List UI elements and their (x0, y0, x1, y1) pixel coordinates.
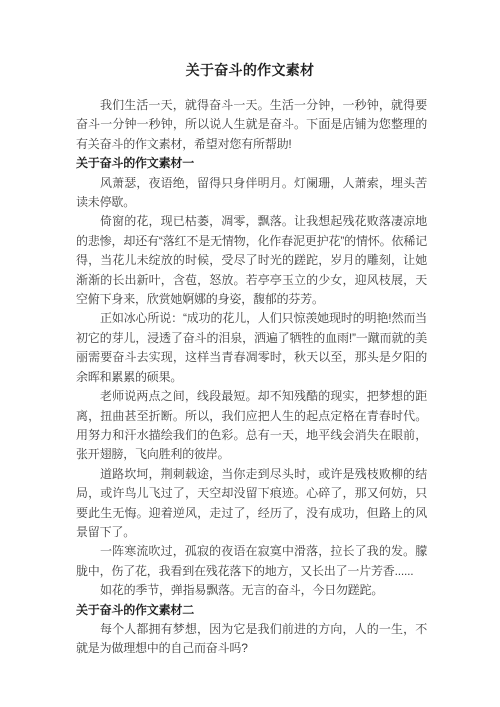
paragraph: 如花的季节，弹指易飘落。无言的奋斗，今日勿蹉跎。 (76, 581, 427, 600)
paragraph: 正如冰心所说：“成功的花儿，人们只惊羡她现时的明艳!然而当初它的芽儿，浸透了奋斗… (76, 309, 427, 387)
paragraph: 倚窗的花，现已枯萎，凋零，飘落。让我想起残花败落凄凉地的悲惨，却还有“落红不是无… (76, 212, 427, 309)
document-body: 我们生活一天，就得奋斗一天。生活一分钟，一秒钟，就得要奋斗一分钟一秒钟，所以说人… (76, 96, 427, 659)
paragraph: 风萧瑟，夜语绝，留得只身伴明月。灯阑珊，人萧索，埋头苦读未停歇。 (76, 174, 427, 213)
intro-paragraph: 我们生活一天，就得奋斗一天。生活一分钟，一秒钟，就得要奋斗一分钟一秒钟，所以说人… (76, 96, 427, 154)
paragraph: 老师说两点之间，线段最短。却不知残酷的现实，把梦想的距离，扭曲甚至折断。所以，我… (76, 387, 427, 465)
document-page: 关于奋斗的作文素材 我们生活一天，就得奋斗一天。生活一分钟，一秒钟，就得要奋斗一… (0, 0, 500, 707)
section-heading-1: 关于奋斗的作文素材一 (76, 154, 427, 173)
paragraph: 道路坎坷，荆刺载途，当你走到尽头时，或许是残枝败柳的结局，或许鸟儿飞过了，天空却… (76, 465, 427, 543)
section-heading-2: 关于奋斗的作文素材二 (76, 601, 427, 620)
paragraph: 一阵寒流吹过，孤寂的夜语在寂寞中滑落，拉长了我的发。朦胧中，伤了花，我看到在残花… (76, 542, 427, 581)
page-title: 关于奋斗的作文素材 (0, 60, 500, 80)
paragraph: 每个人都拥有梦想，因为它是我们前进的方向，人的一生，不就是为做理想中的自己而奋斗… (76, 620, 427, 659)
